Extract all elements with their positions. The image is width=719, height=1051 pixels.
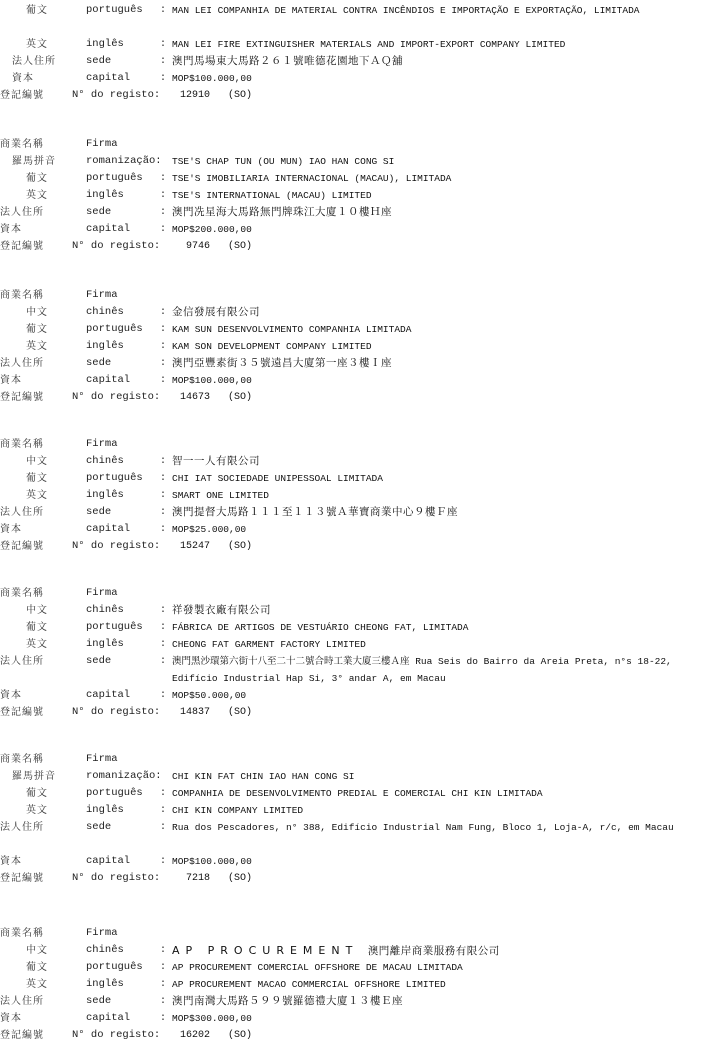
- colon: :: [160, 619, 166, 636]
- label-pt: inglês: [86, 187, 124, 204]
- portuguese-name-value: KAM SUN DESENVOLVIMENTO COMPANHIA LIMITA…: [172, 321, 712, 338]
- label-pt: capital: [86, 1010, 130, 1027]
- portuguese-name-row: 葡文 português : AP PROCUREMENT COMERCIAL …: [0, 959, 719, 976]
- registo-row: 登記編號 N° do registo: 14673 (SO): [0, 389, 719, 406]
- company-entry: 葡文 português : MAN LEI COMPANHIA DE MATE…: [0, 2, 719, 104]
- label-zh: 英文: [26, 802, 48, 819]
- label-pt: sede: [86, 819, 111, 836]
- label-pt: chinês: [86, 602, 124, 619]
- label-zh: 法人住所: [12, 53, 56, 70]
- colon: :: [160, 802, 166, 819]
- label-pt: inglês: [86, 976, 124, 993]
- label-zh: 葡文: [26, 470, 48, 487]
- english-name-row: 英文 inglês : SMART ONE LIMITED: [0, 487, 719, 504]
- chinese-name-value: AP PROCUREMENT 澳門離岸商業服務有限公司: [172, 942, 712, 960]
- label-zh: 葡文: [26, 170, 48, 187]
- colon: :: [160, 521, 166, 538]
- label-zh: 葡文: [26, 619, 48, 636]
- label-zh: 中文: [26, 602, 48, 619]
- capital-value: MOP$50.000,00: [172, 687, 712, 704]
- label-pt: inglês: [86, 36, 124, 53]
- portuguese-name-row: 葡文 português : CHI IAT SOCIEDADE UNIPESS…: [0, 470, 719, 487]
- registo-value: 12910 (SO): [180, 87, 719, 104]
- label-pt: N° do registo:: [72, 704, 160, 721]
- colon: :: [160, 687, 166, 704]
- chinese-name-cjk-part: 澳門離岸商業服務有限公司: [368, 945, 500, 957]
- colon: :: [160, 504, 166, 521]
- company-entry: 商業名稱 Firma 中文 chinês : 祥發製衣廠有限公司 葡文 port…: [0, 585, 719, 721]
- sede-row: 法人住所 sede : Rua dos Pescadores, n° 388, …: [0, 819, 719, 853]
- colon: :: [160, 959, 166, 976]
- company-entry: 商業名稱 Firma 羅馬拼音 romanização: TSE'S CHAP …: [0, 136, 719, 255]
- colon: :: [160, 70, 166, 87]
- chinese-name-value: 祥發製衣廠有限公司: [172, 602, 712, 619]
- label-zh: 法人住所: [0, 504, 44, 521]
- portuguese-name-row: 葡文 português : TSE'S IMOBILIARIA INTERNA…: [0, 170, 719, 187]
- colon: :: [160, 976, 166, 993]
- colon: :: [160, 602, 166, 619]
- label-pt: capital: [86, 853, 130, 870]
- colon: :: [160, 819, 166, 836]
- label-pt: romanização:: [86, 768, 162, 785]
- colon: :: [160, 170, 166, 187]
- label-zh: 中文: [26, 942, 48, 959]
- colon: :: [160, 53, 166, 70]
- label-zh: 商業名稱: [0, 585, 44, 602]
- english-name-row: 英文 inglês : KAM SON DEVELOPMENT COMPANY …: [0, 338, 719, 355]
- registo-value: 16202 (SO): [180, 1027, 719, 1044]
- capital-row: 資本 capital : MOP$100.000,00: [0, 70, 719, 87]
- chinese-name-row: 中文 chinês : 金信發展有限公司: [0, 304, 719, 321]
- label-zh: 商業名稱: [0, 136, 44, 153]
- label-zh: 葡文: [26, 959, 48, 976]
- capital-value: MOP$100.000,00: [172, 372, 712, 389]
- label-zh: 英文: [26, 338, 48, 355]
- label-zh: 法人住所: [0, 204, 44, 221]
- sede-row: 法人住所 sede : 澳門亞豐素街３５號遠昌大廈第一座３樓Ｉ座: [0, 355, 719, 372]
- capital-row: 資本 capital : MOP$100.000,00: [0, 372, 719, 389]
- label-pt: português: [86, 2, 143, 19]
- portuguese-name-value: FÁBRICA DE ARTIGOS DE VESTUÁRIO CHEONG F…: [172, 619, 712, 636]
- chinese-name-latin-part: AP PROCUREMENT: [172, 944, 358, 957]
- registo-row: 登記編號 N° do registo: 9746 (SO): [0, 238, 719, 255]
- english-name-row: 英文 inglês : CHEONG FAT GARMENT FACTORY L…: [0, 636, 719, 653]
- label-pt: N° do registo:: [72, 538, 160, 555]
- label-zh: 商業名稱: [0, 287, 44, 304]
- firma-row: 商業名稱 Firma: [0, 925, 719, 942]
- capital-row: 資本 capital : MOP$50.000,00: [0, 687, 719, 704]
- label-pt: N° do registo:: [72, 87, 160, 104]
- portuguese-name-row: 葡文 português : KAM SUN DESENVOLVIMENTO C…: [0, 321, 719, 338]
- label-zh: 英文: [26, 487, 48, 504]
- label-pt: N° do registo:: [72, 389, 160, 406]
- label-pt: sede: [86, 204, 111, 221]
- label-pt: N° do registo:: [72, 870, 160, 887]
- label-pt: N° do registo:: [72, 238, 160, 255]
- label-zh: 英文: [26, 187, 48, 204]
- portuguese-name-value: CHI IAT SOCIEDADE UNIPESSOAL LIMITADA: [172, 470, 712, 487]
- label-zh: 登記編號: [0, 389, 44, 406]
- firma-row: 商業名稱 Firma: [0, 751, 719, 768]
- label-zh: 資本: [0, 221, 22, 238]
- label-pt: N° do registo:: [72, 1027, 160, 1044]
- registo-row: 登記編號 N° do registo: 12910 (SO): [0, 87, 719, 104]
- company-entry: 商業名稱 Firma 中文 chinês : 金信發展有限公司 葡文 portu…: [0, 287, 719, 406]
- label-zh: 法人住所: [0, 653, 44, 670]
- english-name-value: CHI KIN COMPANY LIMITED: [172, 802, 712, 819]
- sede-value: 澳門冼星海大馬路無門牌珠江大廈１０樓Ｈ座: [172, 204, 712, 221]
- label-zh: 商業名稱: [0, 925, 44, 942]
- label-zh: 資本: [12, 70, 34, 87]
- label-pt: chinês: [86, 942, 124, 959]
- portuguese-name-value: COMPANHIA DE DESENVOLVIMENTO PREDIAL E C…: [172, 785, 712, 802]
- colon: :: [160, 453, 166, 470]
- label-zh: 法人住所: [0, 993, 44, 1010]
- label-pt: chinês: [86, 304, 124, 321]
- label-zh: 中文: [26, 453, 48, 470]
- firma-row: 商業名稱 Firma: [0, 287, 719, 304]
- english-name-value: CHEONG FAT GARMENT FACTORY LIMITED: [172, 636, 712, 653]
- colon: :: [160, 2, 166, 19]
- label-pt: Firma: [86, 585, 118, 602]
- label-pt: sede: [86, 504, 111, 521]
- english-name-row: 英文 inglês : CHI KIN COMPANY LIMITED: [0, 802, 719, 819]
- label-zh: 登記編號: [0, 538, 44, 555]
- label-pt: inglês: [86, 487, 124, 504]
- company-entry: 商業名稱 Firma 中文 chinês : AP PROCUREMENT 澳門…: [0, 925, 719, 1044]
- colon: :: [160, 372, 166, 389]
- chinese-name-row: 中文 chinês : 智一一人有限公司: [0, 453, 719, 470]
- capital-value: MOP$100.000,00: [172, 70, 712, 87]
- registo-value: 14837 (SO): [180, 704, 719, 721]
- company-entry: 商業名稱 Firma 中文 chinês : 智一一人有限公司 葡文 portu…: [0, 436, 719, 555]
- firma-row: 商業名稱 Firma: [0, 585, 719, 602]
- label-pt: chinês: [86, 453, 124, 470]
- colon: :: [160, 636, 166, 653]
- romanization-row: 羅馬拼音 romanização: CHI KIN FAT CHIN IAO H…: [0, 768, 719, 785]
- registo-value: 15247 (SO): [180, 538, 719, 555]
- sede-value: 澳門提督大馬路１１１至１１３號Ａ華寶商業中心９樓Ｆ座: [172, 504, 712, 521]
- colon: :: [160, 853, 166, 870]
- label-pt: português: [86, 321, 143, 338]
- romanization-value: CHI KIN FAT CHIN IAO HAN CONG SI: [172, 768, 712, 785]
- colon: :: [160, 36, 166, 53]
- label-zh: 登記編號: [0, 1027, 44, 1044]
- registo-value: 14673 (SO): [180, 389, 719, 406]
- capital-row: 資本 capital : MOP$200.000,00: [0, 221, 719, 238]
- colon: :: [160, 785, 166, 802]
- colon: :: [160, 993, 166, 1010]
- english-name-value: KAM SON DEVELOPMENT COMPANY LIMITED: [172, 338, 712, 355]
- label-pt: português: [86, 470, 143, 487]
- firma-row: 商業名稱 Firma: [0, 436, 719, 453]
- label-pt: Firma: [86, 751, 118, 768]
- registo-value: 9746 (SO): [180, 238, 719, 255]
- label-pt: sede: [86, 993, 111, 1010]
- colon: :: [160, 1010, 166, 1027]
- label-zh: 商業名稱: [0, 436, 44, 453]
- capital-value: MOP$300.000,00: [172, 1010, 712, 1027]
- label-zh: 法人住所: [0, 355, 44, 372]
- label-pt: capital: [86, 372, 130, 389]
- colon: :: [160, 187, 166, 204]
- sede-row: 法人住所 sede : 澳門黑沙環第六街十八至二十二號合時工業大廈三樓Ａ座 Ru…: [0, 653, 719, 687]
- label-pt: romanização:: [86, 153, 162, 170]
- capital-row: 資本 capital : MOP$25.000,00: [0, 521, 719, 538]
- colon: :: [160, 487, 166, 504]
- label-zh: 資本: [0, 687, 22, 704]
- label-pt: sede: [86, 355, 111, 372]
- label-zh: 英文: [26, 36, 48, 53]
- sede-value: 澳門亞豐素街３５號遠昌大廈第一座３樓Ｉ座: [172, 355, 712, 372]
- label-zh: 羅馬拼音: [12, 768, 56, 785]
- sede-value: 澳門南灣大馬路５９９號羅德禮大廈１３樓Ｅ座: [172, 993, 712, 1010]
- sede-row: 法人住所 sede : 澳門冼星海大馬路無門牌珠江大廈１０樓Ｈ座: [0, 204, 719, 221]
- colon: :: [160, 204, 166, 221]
- label-pt: sede: [86, 653, 111, 670]
- romanization-row: 羅馬拼音 romanização: TSE'S CHAP TUN (OU MUN…: [0, 153, 719, 170]
- sede-value: 澳門馬場東大馬路２６１號唯德花園地下ＡＱ舖: [172, 53, 712, 70]
- colon: :: [160, 221, 166, 238]
- label-pt: inglês: [86, 802, 124, 819]
- chinese-name-value: 金信發展有限公司: [172, 304, 712, 321]
- capital-value: MOP$200.000,00: [172, 221, 712, 238]
- label-pt: Firma: [86, 436, 118, 453]
- english-name-value: TSE'S INTERNATIONAL (MACAU) LIMITED: [172, 187, 712, 204]
- label-pt: capital: [86, 70, 130, 87]
- label-zh: 資本: [0, 372, 22, 389]
- label-pt: capital: [86, 687, 130, 704]
- colon: :: [160, 321, 166, 338]
- english-name-row: 英文 inglês : MAN LEI FIRE EXTINGUISHER MA…: [0, 36, 719, 53]
- label-zh: 登記編號: [0, 87, 44, 104]
- label-zh: 登記編號: [0, 238, 44, 255]
- capital-value: MOP$100.000,00: [172, 853, 712, 870]
- label-zh: 資本: [0, 521, 22, 538]
- label-pt: português: [86, 619, 143, 636]
- english-name-row: 英文 inglês : TSE'S INTERNATIONAL (MACAU) …: [0, 187, 719, 204]
- portuguese-name-row: 葡文 português : FÁBRICA DE ARTIGOS DE VES…: [0, 619, 719, 636]
- label-zh: 英文: [26, 636, 48, 653]
- colon: :: [160, 355, 166, 372]
- label-pt: Firma: [86, 925, 118, 942]
- label-zh: 資本: [0, 1010, 22, 1027]
- sede-row: 法人住所 sede : 澳門馬場東大馬路２６１號唯德花園地下ＡＱ舖: [0, 53, 719, 70]
- sede-row: 法人住所 sede : 澳門南灣大馬路５９９號羅德禮大廈１３樓Ｅ座: [0, 993, 719, 1010]
- sede-value: 澳門黑沙環第六街十八至二十二號合時工業大廈三樓Ａ座 Rua Seis do Ba…: [172, 653, 717, 687]
- label-zh: 商業名稱: [0, 751, 44, 768]
- english-name-value: AP PROCUREMENT MACAO COMMERCIAL OFFSHORE…: [172, 976, 712, 993]
- label-zh: 中文: [26, 304, 48, 321]
- portuguese-name-row: 葡文 português : COMPANHIA DE DESENVOLVIME…: [0, 785, 719, 802]
- label-pt: Firma: [86, 287, 118, 304]
- sede-value: Rua dos Pescadores, n° 388, Edifício Ind…: [172, 819, 712, 836]
- portuguese-name-value: AP PROCUREMENT COMERCIAL OFFSHORE DE MAC…: [172, 959, 712, 976]
- label-pt: capital: [86, 521, 130, 538]
- label-zh: 羅馬拼音: [12, 153, 56, 170]
- registo-row: 登記編號 N° do registo: 7218 (SO): [0, 870, 719, 887]
- label-zh: 葡文: [26, 785, 48, 802]
- label-pt: português: [86, 959, 143, 976]
- label-zh: 登記編號: [0, 870, 44, 887]
- chinese-name-value: 智一一人有限公司: [172, 453, 712, 470]
- romanization-value: TSE'S CHAP TUN (OU MUN) IAO HAN CONG SI: [172, 153, 712, 170]
- english-name-value: SMART ONE LIMITED: [172, 487, 712, 504]
- colon: :: [160, 338, 166, 355]
- capital-row: 資本 capital : MOP$100.000,00: [0, 853, 719, 870]
- capital-row: 資本 capital : MOP$300.000,00: [0, 1010, 719, 1027]
- label-pt: inglês: [86, 636, 124, 653]
- registo-row: 登記編號 N° do registo: 16202 (SO): [0, 1027, 719, 1044]
- english-name-value: MAN LEI FIRE EXTINGUISHER MATERIALS AND …: [172, 36, 712, 53]
- label-pt: capital: [86, 221, 130, 238]
- colon: :: [160, 470, 166, 487]
- label-zh: 英文: [26, 976, 48, 993]
- colon: :: [160, 653, 166, 670]
- label-pt: inglês: [86, 338, 124, 355]
- label-pt: português: [86, 170, 143, 187]
- capital-value: MOP$25.000,00: [172, 521, 712, 538]
- label-zh: 登記編號: [0, 704, 44, 721]
- registo-value: 7218 (SO): [180, 870, 719, 887]
- registo-row: 登記編號 N° do registo: 14837 (SO): [0, 704, 719, 721]
- label-pt: português: [86, 785, 143, 802]
- portuguese-name-value: MAN LEI COMPANHIA DE MATERIAL CONTRA INC…: [172, 2, 672, 19]
- portuguese-name-value: TSE'S IMOBILIARIA INTERNACIONAL (MACAU),…: [172, 170, 712, 187]
- firma-row: 商業名稱 Firma: [0, 136, 719, 153]
- label-zh: 法人住所: [0, 819, 44, 836]
- company-entry: 商業名稱 Firma 羅馬拼音 romanização: CHI KIN FAT…: [0, 751, 719, 887]
- sede-row: 法人住所 sede : 澳門提督大馬路１１１至１１３號Ａ華寶商業中心９樓Ｆ座: [0, 504, 719, 521]
- colon: :: [160, 304, 166, 321]
- registo-row: 登記編號 N° do registo: 15247 (SO): [0, 538, 719, 555]
- colon: :: [160, 942, 166, 959]
- chinese-name-row: 中文 chinês : AP PROCUREMENT 澳門離岸商業服務有限公司: [0, 942, 719, 959]
- label-pt: Firma: [86, 136, 118, 153]
- label-pt: sede: [86, 53, 111, 70]
- label-zh: 資本: [0, 853, 22, 870]
- english-name-row: 英文 inglês : AP PROCUREMENT MACAO COMMERC…: [0, 976, 719, 993]
- chinese-name-row: 中文 chinês : 祥發製衣廠有限公司: [0, 602, 719, 619]
- label-zh: 葡文: [26, 321, 48, 338]
- label-zh: 葡文: [26, 2, 48, 19]
- portuguese-name-row: 葡文 português : MAN LEI COMPANHIA DE MATE…: [0, 2, 719, 36]
